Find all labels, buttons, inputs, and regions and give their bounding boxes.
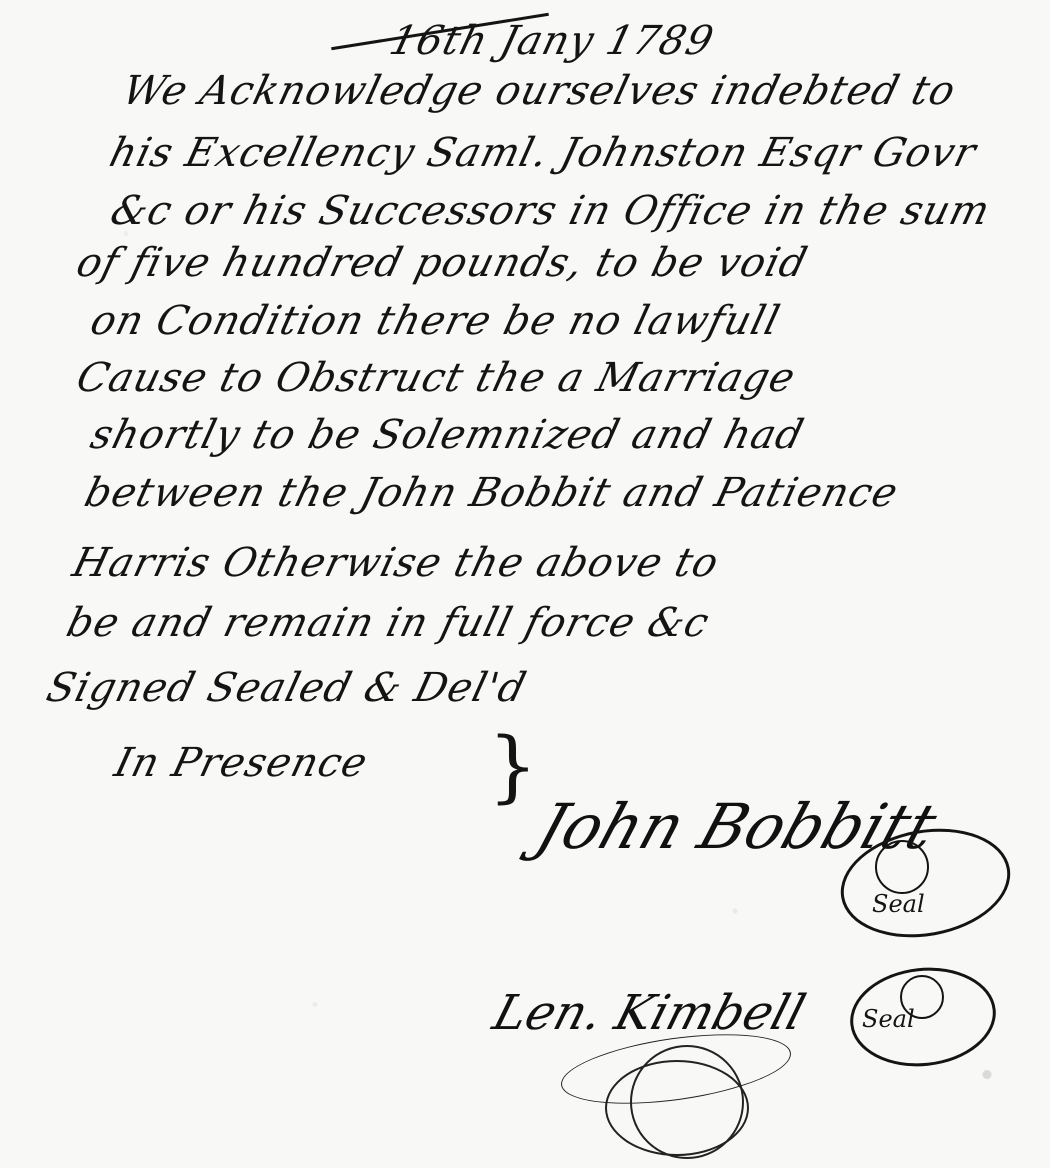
body-line-10: be and remain in full force &c — [62, 600, 714, 646]
seal-label-1: Seal — [872, 890, 925, 918]
seal-flourish-icon — [875, 840, 929, 894]
body-line-2: his Excellency Saml. Johnston Esqr Govr — [105, 130, 981, 176]
body-line-9: Harris Otherwise the above to — [68, 540, 724, 586]
signature-len-kimbell: Len. Kimbell — [487, 985, 811, 1041]
body-line-8: between the John Bobbit and Patience — [80, 470, 903, 516]
body-line-7: shortly to be Solemnized and had — [86, 412, 809, 458]
attestation-signed-sealed: Signed Sealed & Del'd — [42, 665, 531, 711]
body-line-1: We Acknowledge ourselves indebted to — [118, 68, 961, 114]
body-line-3: &c or his Successors in Office in the su… — [106, 188, 995, 234]
attestation-in-presence: In Presence — [110, 740, 373, 786]
attestation-brace: } — [488, 722, 538, 812]
manuscript-page: 16th Jany 1789 We Acknowledge ourselves … — [0, 0, 1050, 1168]
body-line-4: of five hundred pounds, to be void — [72, 240, 812, 286]
seal-label-2: Seal — [862, 1005, 915, 1033]
body-line-5: on Condition there be no lawfull — [86, 298, 785, 344]
body-line-6: Cause to Obstruct the a Marriage — [72, 355, 800, 401]
document-date: 16th Jany 1789 — [385, 18, 719, 64]
